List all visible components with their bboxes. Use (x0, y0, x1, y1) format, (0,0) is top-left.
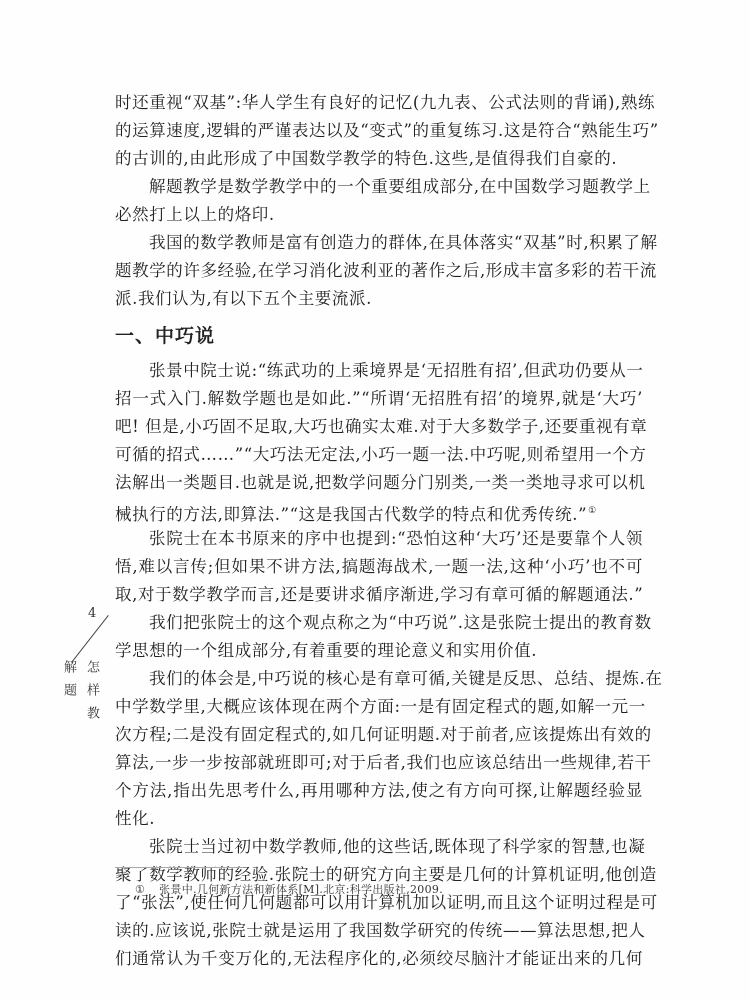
text-line: 次方程;二是没有固定程式的,如几何证明题.对于前者,应该提炼出有效的 (115, 721, 643, 749)
text-line: 派.我们认为,有以下五个主要流派. (115, 285, 643, 313)
text-line: 取,对于数学教学而言,还是要讲求循序渐进,学习有章可循的解题通法.” (115, 581, 643, 609)
page-margin-marker: 4 怎样教解题 (60, 600, 120, 750)
text-line: 算法,一步一步按部就班即可;对于后者,我们也应该总结出一些规律,若干 (115, 749, 643, 777)
footnote-divider (115, 867, 243, 868)
text-line: 悟,难以言传;但如果不讲方法,搞题海战术,一题一法,这种‘小巧’也不可 (115, 553, 643, 581)
text-line: 我们把张院士的这个观点称之为“中巧说”.这是张院士提出的教育数 (115, 609, 643, 637)
footnote-mark: ① (135, 883, 145, 896)
book-page: 时还重视“双基”:华人学生有良好的记忆(九九表、公式法则的背诵),熟练 的运算速… (0, 0, 750, 1000)
text-line: 个方法,指出先思考什么,再用哪种方法,使之有方向可探,让解题经验显 (115, 777, 643, 805)
text-line: 学思想的一个组成部分,有着重要的理论意义和实用价值. (115, 637, 643, 665)
text-line: 招一式入门.解数学题也是如此.”“所谓‘无招胜有招’的境界,就是‘大巧’ (115, 385, 643, 413)
footnote: ①张景中.几何新方法和新体系[M].北京:科学出版社,2009. (135, 880, 443, 900)
text-line-with-footnote: 械执行的方法,即算法.”“这是我国古代数学的特点和优秀传统.”① (115, 497, 643, 525)
text-line: 械执行的方法,即算法.”“这是我国古代数学的特点和优秀传统.” (115, 505, 587, 524)
text-line: 张景中院士说:“练武功的上乘境界是‘无招胜有招’,但武功仍要从一 (115, 357, 643, 385)
text-line: 的古训的,由此形成了中国数学教学的特色.这些,是值得我们自豪的. (115, 145, 643, 173)
footnote-text: 张景中.几何新方法和新体系[M].北京:科学出版社,2009. (159, 883, 443, 896)
text-line: 性化. (115, 805, 643, 833)
text-line: 法解出一类题目.也就是说,把数学问题分门别类,一类一类地寻求可以机 (115, 469, 643, 497)
text-line: 的运算速度,逻辑的严谨表达以及“变式”的重复练习.这是符合“熟能生巧” (115, 117, 643, 145)
text-line: 必然打上以上的烙印. (115, 201, 643, 229)
text-line: 读的.应该说,张院士就是运用了我国数学研究的传统——算法思想,把人 (115, 917, 643, 945)
text-line: 题教学的许多经验,在学习消化波利亚的著作之后,形成丰富多彩的若干流 (115, 257, 643, 285)
footnote-ref[interactable]: ① (588, 506, 597, 516)
margin-slash-divider (71, 615, 109, 663)
section-heading: 一、中巧说 (115, 315, 643, 357)
text-line: 中学数学里,大概应该体现在两个方面:一是有固定程式的题,如解一元一 (115, 693, 643, 721)
text-line: 可循的招式……”“大巧法无定法,小巧一题一法.中巧呢,则希望用一个方 (115, 441, 643, 469)
running-title: 怎样教解题 (87, 660, 103, 750)
text-line: 张院士当过初中数学教师,他的这些话,既体现了科学家的智慧,也凝 (115, 833, 643, 861)
text-line: 我们的体会是,中巧说的核心是有章可循,关键是反思、总结、提炼.在 (115, 665, 643, 693)
page-number: 4 (88, 606, 96, 621)
text-line: 我国的数学教师是富有创造力的群体,在具体落实“双基”时,积累了解 (115, 229, 643, 257)
text-line: 们通常认为千变万化的,无法程序化的,必须绞尽脑汁才能证出来的几何 (115, 945, 643, 973)
body-text: 时还重视“双基”:华人学生有良好的记忆(九九表、公式法则的背诵),熟练 的运算速… (115, 89, 643, 973)
text-line: 张院士在本书原来的序中也提到:“恐怕这种‘大巧’还是要靠个人领 (115, 525, 643, 553)
text-line: 时还重视“双基”:华人学生有良好的记忆(九九表、公式法则的背诵),熟练 (115, 89, 643, 117)
text-line: 吧! 但是,小巧固不足取,大巧也确实太难.对于大多数学子,还要重视有章 (115, 413, 643, 441)
text-line: 解题教学是数学教学中的一个重要组成部分,在中国数学习题教学上 (115, 173, 643, 201)
